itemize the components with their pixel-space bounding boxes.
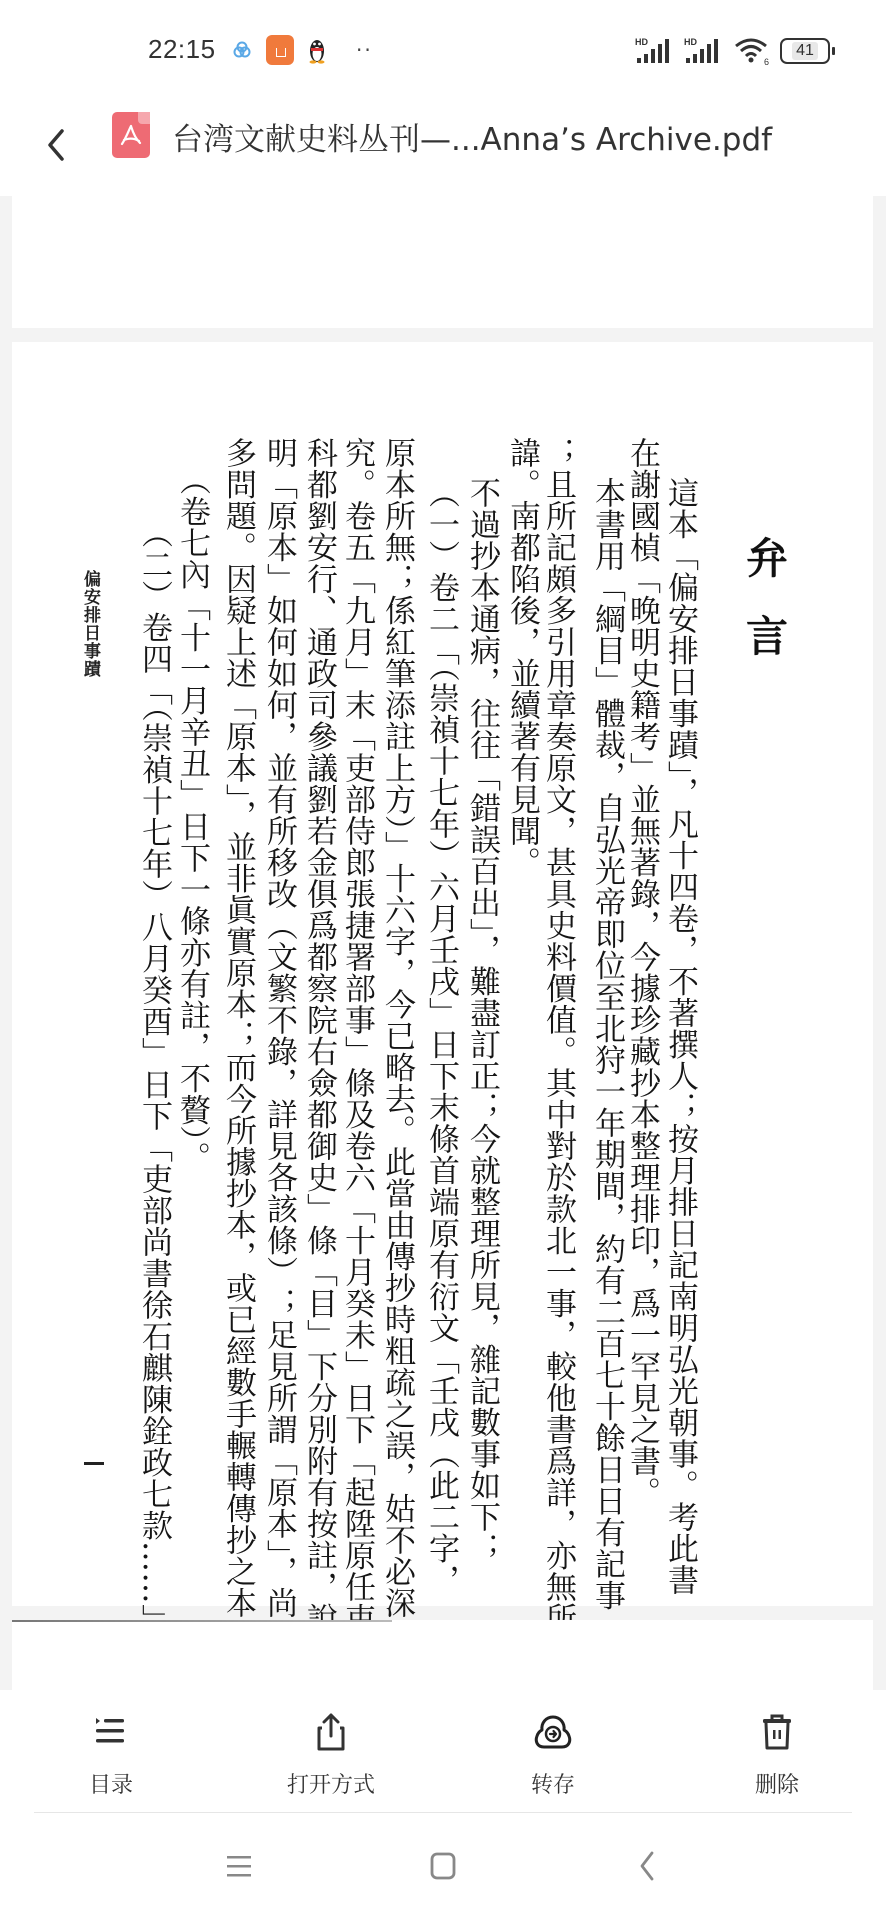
toc-label: 目录 [89, 1768, 133, 1799]
running-head: 偏安排日事蹟 [78, 570, 103, 678]
svg-text:6: 6 [764, 57, 769, 66]
open-with-label: 打开方式 [287, 1768, 375, 1799]
save-to-button[interactable]: 转存 [478, 1710, 628, 1810]
app-store-icon [266, 35, 294, 65]
section-title: 弁言 [750, 536, 794, 692]
page-scan-edge [12, 1620, 392, 1622]
open-with-button[interactable]: 打开方式 [256, 1710, 406, 1810]
pdf-page-current: 弁言 這本「偏安排日事蹟」，凡十四卷，不著撰人；按月排日記南明弘光朝事。考此書 … [12, 342, 873, 1606]
back-icon [637, 1850, 657, 1882]
cluster-app-icon [232, 40, 252, 60]
system-back-button[interactable] [622, 1841, 672, 1891]
delete-button[interactable]: 删除 [702, 1710, 852, 1810]
pdf-icon [112, 112, 150, 158]
delete-label: 删除 [755, 1768, 799, 1799]
system-navigation-bar [0, 1813, 886, 1920]
menu-icon [225, 1853, 253, 1879]
pdf-page-next [12, 1620, 873, 1690]
wifi-icon: 6 [733, 36, 773, 66]
table-of-contents-icon [94, 1710, 128, 1754]
text-column: 多問題。因疑上述「原本」，並非眞實原本；而今所據抄本，或已經數手輾轉傳抄之本 [218, 437, 258, 1619]
document-title: 台湾文献史料丛刊—...Anna’s Archive.pdf [172, 114, 772, 159]
recent-apps-button[interactable] [214, 1841, 264, 1891]
text-column: 原本所無；係紅筆添註上方）」十六字，今已略去。此當由傳抄時粗疏之誤，姑不必深 [377, 437, 417, 1619]
text-column: 本書用「綱目」體裁，自弘光帝即位至北狩一年期間，約有二百七十餘日日有記事 [587, 477, 627, 1611]
share-open-with-icon [314, 1710, 348, 1754]
svg-text:HD: HD [684, 37, 697, 47]
more-dots-icon: ·· [356, 38, 373, 62]
text-column: 科都劉安行、通政司參議劉若金俱爲都察院右僉都御史」條「目」下分別附有按註，說 [299, 437, 339, 1634]
text-column: （二）卷四「（崇禎十七年）八月癸酉」日下「吏部尚書徐石麒陳銓政七款……」 [134, 517, 174, 1636]
text-column: （一）卷二「（崇禎十七年）六月壬戌」日下末條首端原有衍文「壬戌（此二字， [421, 477, 461, 1596]
status-bar: 22:15 ·· HD HD 6 41 [0, 0, 886, 100]
svg-text:HD: HD [635, 37, 648, 47]
qq-penguin-icon [308, 36, 326, 64]
home-button[interactable] [418, 1841, 468, 1891]
cellular-signal-icon: HD [635, 36, 681, 64]
app-header: 台湾文献史料丛刊—...Anna’s Archive.pdf [0, 100, 886, 196]
back-button[interactable] [36, 120, 76, 170]
pdf-viewer[interactable]: 弁言 這本「偏安排日事蹟」，凡十四卷，不著撰人；按月排日記南明弘光朝事。考此書 … [0, 196, 886, 1690]
pdf-page-previous [12, 196, 873, 328]
battery-icon: 41 [780, 38, 830, 64]
text-column: 明「原本」如何如何，並有所移改（文繁不錄，詳見各該條）；足見所謂「原本」，尚 [259, 437, 299, 1619]
toc-button[interactable]: 目录 [36, 1710, 186, 1810]
text-column: 在謝國楨「晚明史籍考」並無著錄，今據珍藏抄本整理排印，爲一罕見之書。 [622, 437, 662, 1508]
text-column: 究。卷五「九月」末「吏部侍郎張捷署部事」條及卷六「十月癸未」日下「起陞原任吏 [337, 437, 377, 1634]
bottom-toolbar: 目录 打开方式 转存 删除 [0, 1690, 886, 1812]
status-time: 22:15 [148, 34, 216, 65]
cloud-save-icon [533, 1710, 573, 1754]
home-icon [429, 1851, 457, 1881]
cellular-signal-icon-2: HD [684, 36, 730, 64]
page-number [84, 1462, 104, 1465]
text-column: （卷七內「十一月辛丑」日下一條亦有註，不贅）。 [172, 464, 212, 1173]
text-column: ；且所記頗多引用章奏原文，甚具史料價值。其中對於款北一事，較他書爲詳，亦無所 [538, 437, 578, 1634]
trash-icon [761, 1710, 793, 1754]
text-column: 諱。南都陷後，並續著有見聞。 [502, 437, 542, 878]
text-column: 這本「偏安排日事蹟」，凡十四卷，不著撰人；按月排日記南明弘光朝事。考此書 [660, 477, 700, 1596]
text-column: 不過抄本通病，往往「錯誤百出」，難盡訂正；今就整理所見，雜記數事如下； [462, 477, 502, 1564]
battery-level: 41 [792, 42, 818, 60]
chevron-left-icon [45, 128, 67, 162]
save-to-label: 转存 [531, 1768, 575, 1799]
